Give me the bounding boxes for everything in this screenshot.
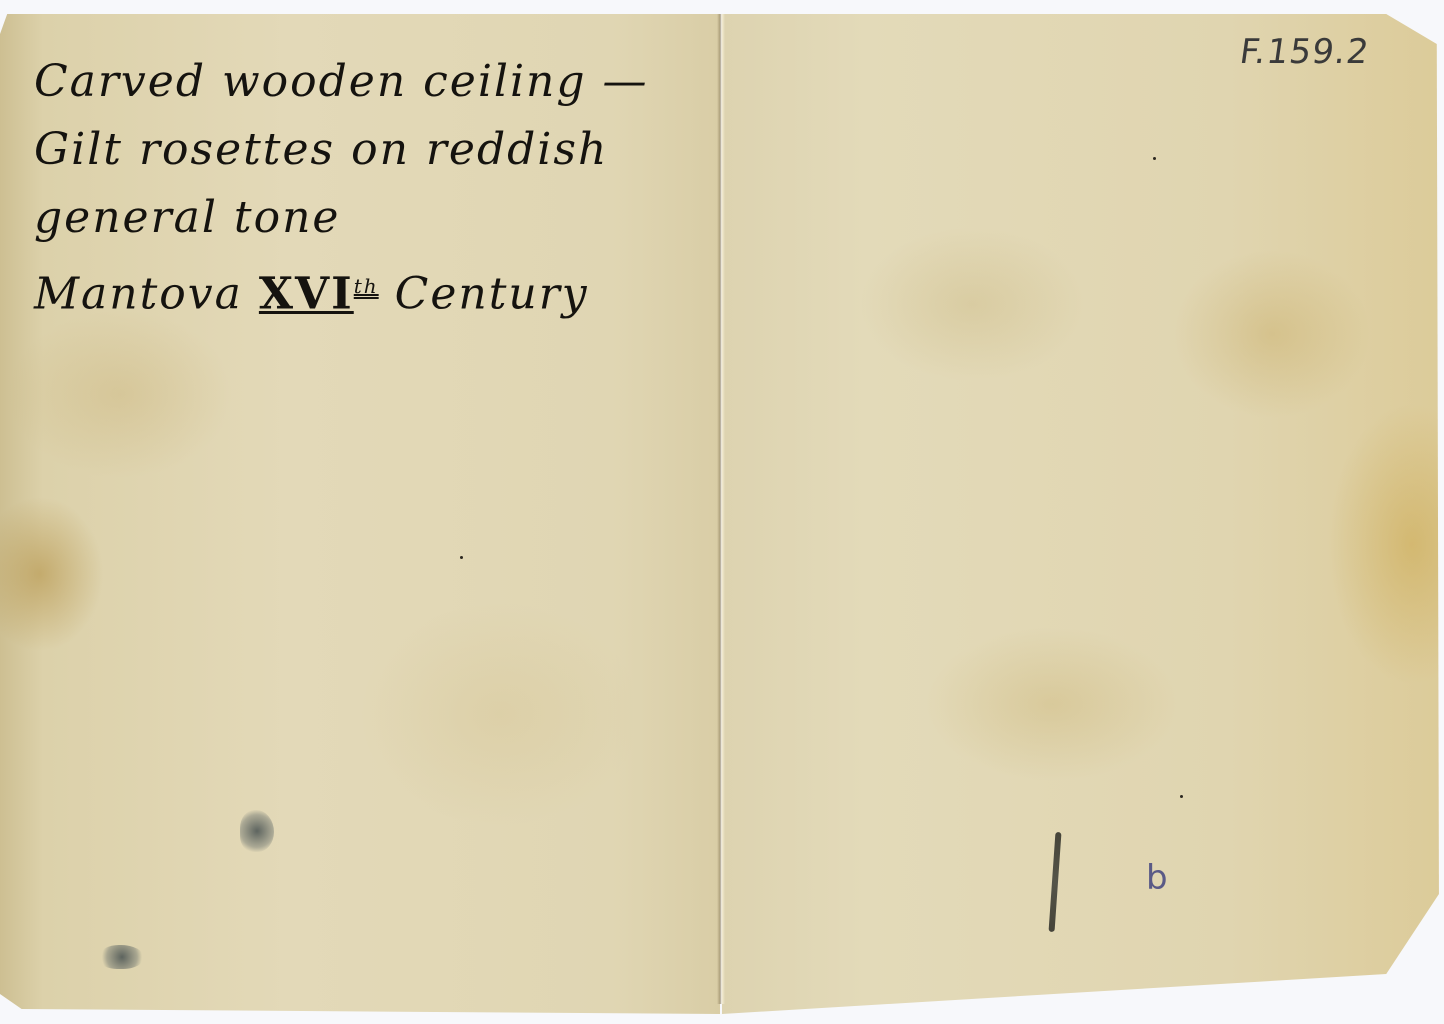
speck [460,556,463,559]
ink-blot [100,945,144,969]
century-numeral: XVI [259,269,354,320]
place-name: Mantova [34,269,243,320]
handwritten-annotation: Carved wooden ceiling — Gilt rosettes on… [34,48,649,329]
annotation-line-2: Gilt rosettes on reddish [34,116,649,184]
catalog-number: F.159.2 [1237,32,1372,72]
century-word: Century [395,269,589,320]
scanned-card: Carved wooden ceiling — Gilt rosettes on… [0,0,1444,1024]
annotation-line-4: Mantova XVIth Century [34,252,649,329]
ink-blot [240,810,274,852]
center-fold [717,14,725,1004]
annotation-line-3: general tone [34,184,649,252]
speck [1180,795,1183,798]
pencil-mark: b [1146,858,1168,898]
right-page [722,14,1444,1014]
century-suffix: th [354,274,379,298]
annotation-line-1: Carved wooden ceiling — [34,48,649,116]
speck [1153,157,1156,160]
